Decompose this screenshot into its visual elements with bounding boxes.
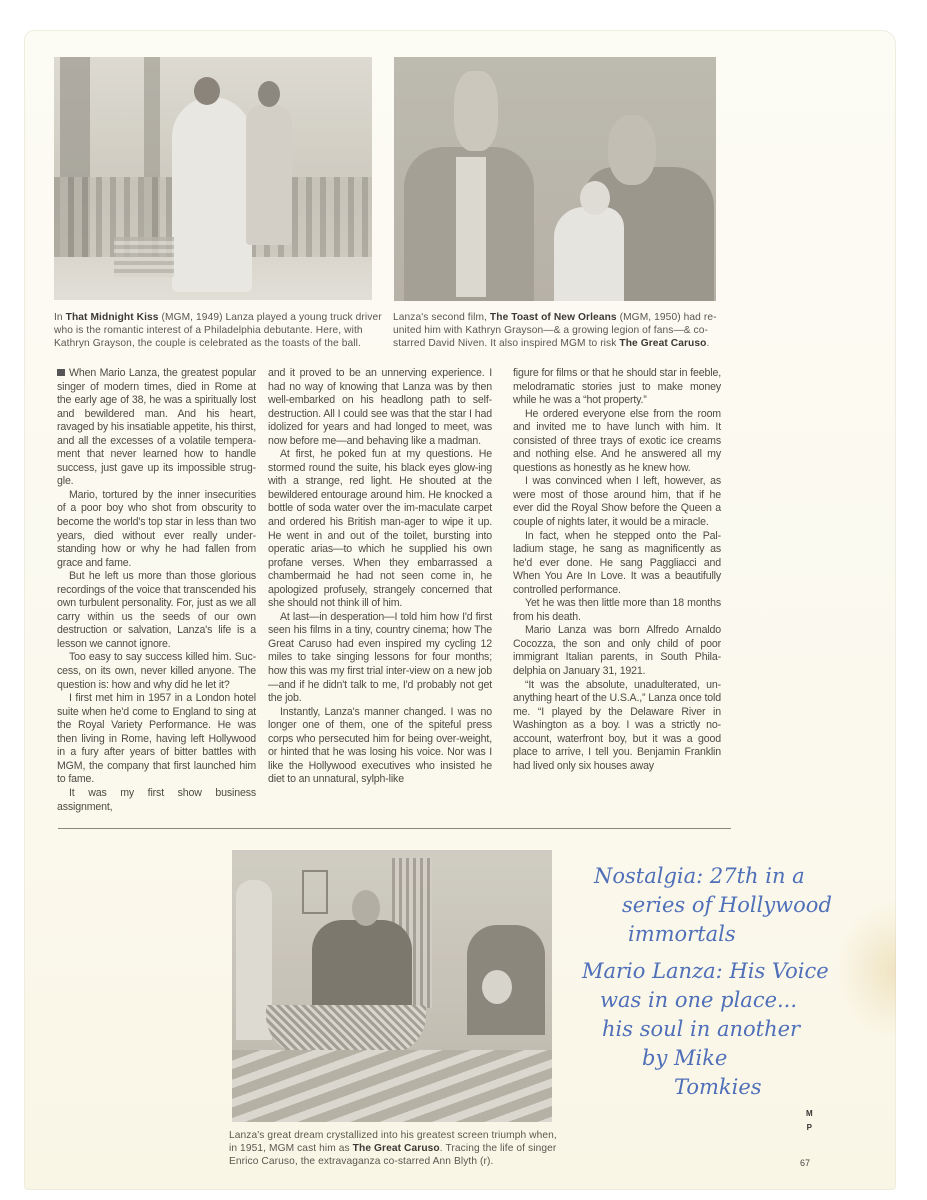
article-column-2: and it proved to be an unnerving experie…	[268, 367, 492, 787]
woman-gown	[172, 97, 252, 292]
note-line: series of Hollywood	[622, 891, 882, 920]
photo-toast-of-new-orleans	[394, 57, 716, 301]
caption-toast-of-new-orleans: Lanza's second film, The Toast of New Or…	[393, 311, 723, 350]
caption-that-midnight-kiss: In That Midnight Kiss (MGM, 1949) Lanza …	[54, 311, 384, 350]
section-start-bullet-icon	[57, 369, 65, 376]
series-mark: M P	[806, 1107, 813, 1135]
film-title: The Toast of New Orleans	[490, 312, 617, 323]
article-paragraph: Yet he was then little more than 18 mont…	[513, 597, 721, 624]
woman-in-bed	[482, 970, 512, 1004]
man-uniform	[246, 105, 292, 245]
note-line: Mario Lanza: His Voice	[582, 957, 882, 986]
stairs	[114, 237, 174, 277]
man-right-head	[608, 115, 656, 185]
article-paragraph: Mario Lanza was born Alfredo Arnaldo Coc…	[513, 624, 721, 678]
article-paragraph: But he left us more than those glorious …	[57, 570, 256, 651]
caption-the-great-caruso: Lanza's great dream crystallized into hi…	[229, 1129, 559, 1168]
article-column-1: When Mario Lanza, the greatest popular s…	[57, 367, 256, 814]
article-paragraph: I first met him in 1957 in a London hote…	[57, 692, 256, 787]
article-paragraph: In fact, when he stepped onto the Pal-la…	[513, 530, 721, 598]
film-title: The Great Caruso	[619, 338, 706, 349]
article-paragraph: At last—in desperation—I told him how I'…	[268, 611, 492, 706]
article-paragraph: Too easy to say success killed him. Suc-…	[57, 651, 256, 692]
article-paragraph: and it proved to be an unnerving experie…	[268, 367, 492, 448]
man-head	[258, 81, 280, 107]
woman-head	[580, 181, 610, 215]
man-left-shirt	[456, 157, 486, 297]
page-number: 67	[800, 1158, 810, 1168]
man-left-head	[454, 71, 498, 151]
woman-dress	[554, 207, 624, 301]
note-line: was in one place...	[600, 986, 882, 1015]
photo-the-great-caruso	[232, 850, 552, 1122]
bedspread	[232, 1050, 552, 1122]
article-column-3: figure for films or that he should star …	[513, 367, 721, 773]
note-line: Tomkies	[674, 1073, 882, 1102]
note-line: immortals	[628, 920, 882, 949]
wicker-cradle	[266, 1005, 426, 1055]
article-paragraph: “It was the absolute, unadulterated, un-…	[513, 679, 721, 774]
woman-hair	[194, 77, 220, 105]
photo-that-midnight-kiss	[54, 57, 372, 300]
note-line: by Mike	[642, 1044, 882, 1073]
article-paragraph: Mario, tortured by the inner insecuritie…	[57, 489, 256, 570]
article-paragraph: figure for films or that he should star …	[513, 367, 721, 408]
horizontal-divider	[58, 828, 731, 829]
note-line: his soul in another	[602, 1015, 882, 1044]
article-paragraph: I was convinced when I left, however, as…	[513, 475, 721, 529]
note-line: Nostalgia: 27th in a	[594, 862, 882, 891]
man-head	[352, 890, 380, 926]
article-paragraph: He ordered everyone else from the room a…	[513, 408, 721, 476]
picture-frame	[302, 870, 328, 914]
article-paragraph: Instantly, Lanza's manner changed. I was…	[268, 706, 492, 787]
article-paragraph: When Mario Lanza, the greatest popular s…	[57, 367, 256, 489]
article-paragraph: It was my first show business assignment…	[57, 787, 256, 814]
film-title: That Midnight Kiss	[66, 312, 159, 323]
handwritten-note: Nostalgia: 27th in a series of Hollywood…	[582, 862, 882, 1102]
film-title: The Great Caruso	[353, 1143, 440, 1154]
article-paragraph: At first, he poked fun at my questions. …	[268, 448, 492, 611]
